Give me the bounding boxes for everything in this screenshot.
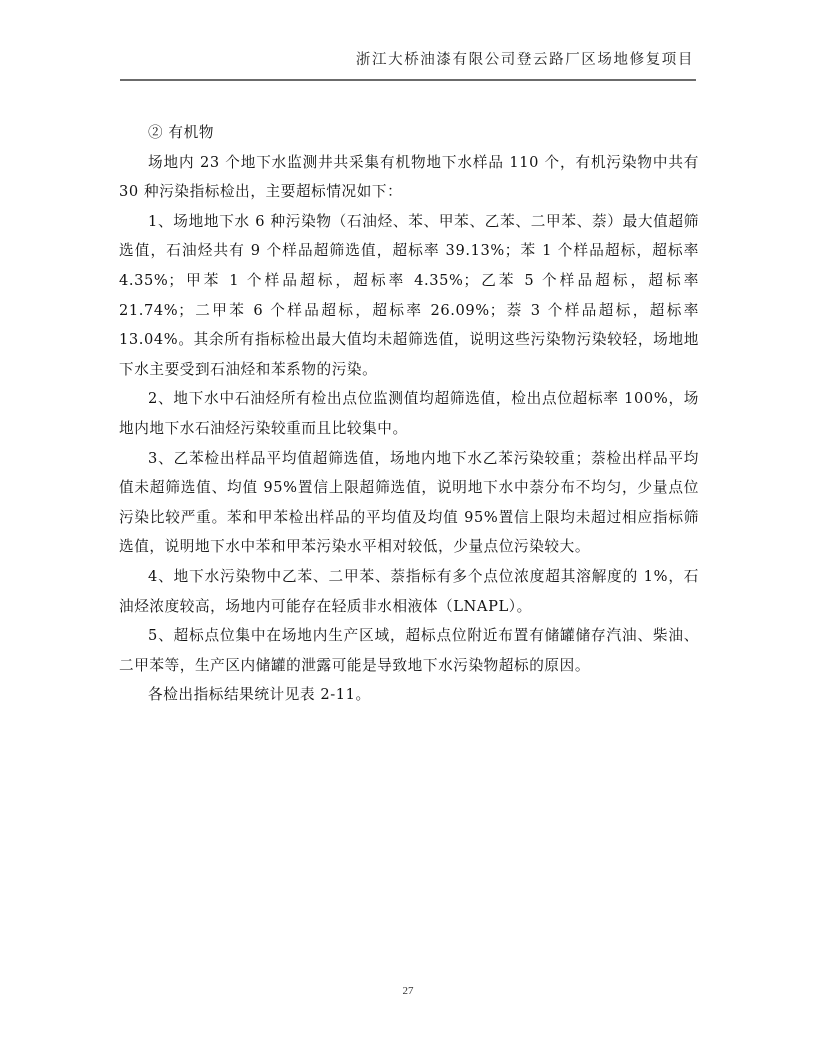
page-number: 27 [0, 985, 816, 997]
paragraph-item-4: 4、地下水污染物中乙苯、二甲苯、萘指标有多个点位浓度超其溶解度的 1%，石油烃浓… [119, 562, 699, 621]
page-header: 浙江大桥油漆有限公司登云路厂区场地修复项目 [120, 48, 696, 81]
header-title: 浙江大桥油漆有限公司登云路厂区场地修复项目 [356, 48, 694, 69]
paragraph-item-2: 2、地下水中石油烃所有检出点位监测值均超筛选值，检出点位超标率 100%，场地内… [119, 384, 699, 443]
paragraph-intro: 场地内 23 个地下水监测井共采集有机物地下水样品 110 个，有机污染物中共有… [119, 148, 699, 207]
section-heading: ② 有机物 [119, 118, 699, 148]
paragraph-table-reference: 各检出指标结果统计见表 2-11。 [119, 680, 699, 710]
document-body: ② 有机物 场地内 23 个地下水监测井共采集有机物地下水样品 110 个，有机… [119, 118, 699, 710]
paragraph-item-3: 3、乙苯检出样品平均值超筛选值，场地内地下水乙苯污染较重；萘检出样品平均值未超筛… [119, 444, 699, 562]
paragraph-item-5: 5、超标点位集中在场地内生产区域，超标点位附近布置有储罐储存汽油、柴油、二甲苯等… [119, 621, 699, 680]
paragraph-item-1: 1、场地地下水 6 种污染物（石油烃、苯、甲苯、乙苯、二甲苯、萘）最大值超筛选值… [119, 207, 699, 385]
